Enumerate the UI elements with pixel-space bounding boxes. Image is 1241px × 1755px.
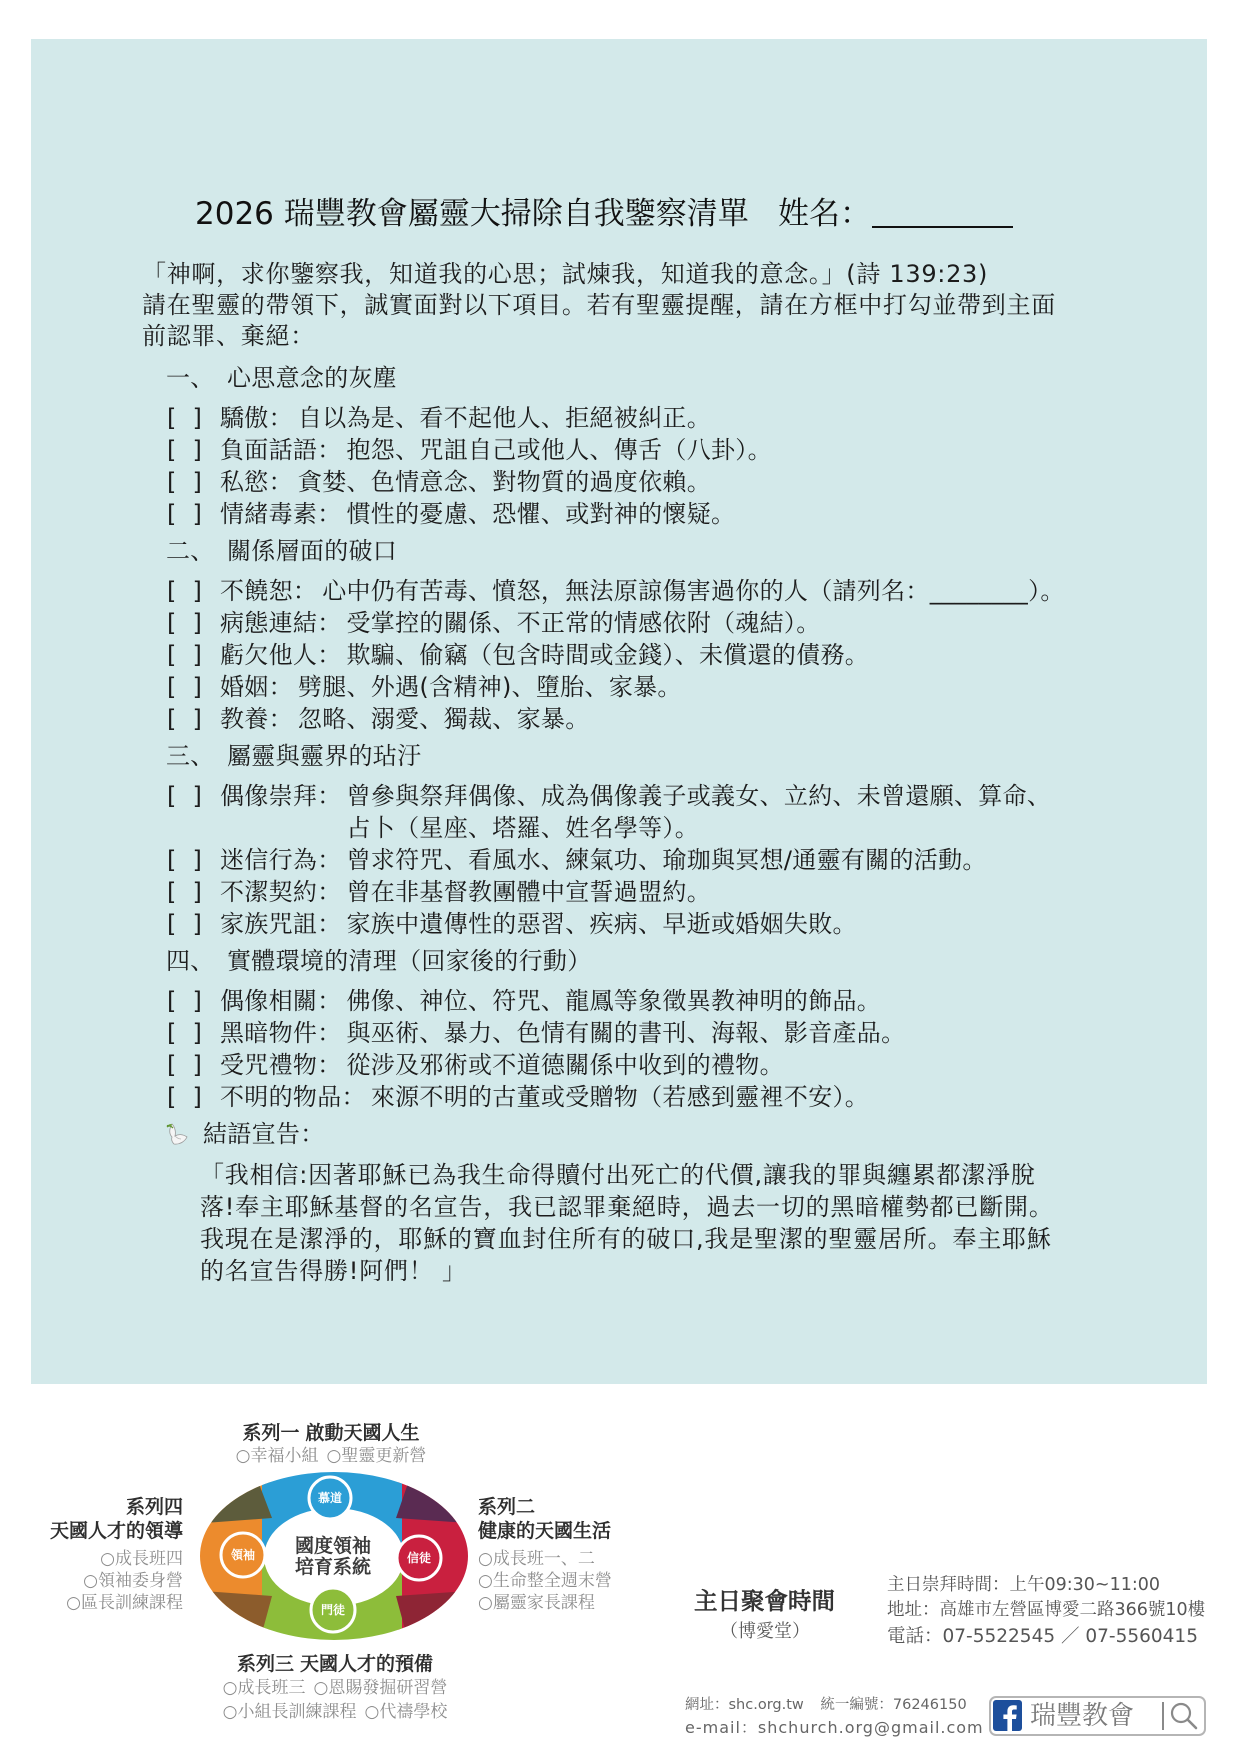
checklist-item: [ ] 婚姻： 劈腿、外遇(含精神)、墮胎、家暴。 xyxy=(166,671,1065,703)
search-icon xyxy=(1169,1701,1199,1731)
instruction-line: 前認罪、棄絕： xyxy=(142,321,1056,352)
item-label: 受咒禮物： xyxy=(220,1049,342,1081)
item-label: 私慾： xyxy=(220,466,293,498)
series-item: ○恩賜發掘研習營 xyxy=(314,1678,448,1698)
dove-icon xyxy=(166,1118,203,1150)
website: 網址：shc.org.tw xyxy=(685,1697,804,1713)
item-label: 婚姻： xyxy=(220,671,293,703)
section-number: 四、 xyxy=(166,945,227,977)
description-line: 曾求符咒、看風水、練氣功、瑜珈與冥想/通靈有關的活動。 xyxy=(347,844,987,876)
checklist-item: [ ] 私慾： 貪婪、色情意念、對物質的過度依賴。 xyxy=(166,466,1065,498)
series-item: ○成長班三 xyxy=(223,1678,306,1698)
item-description: 慣性的憂慮、恐懼、或對神的懷疑。 xyxy=(347,498,736,530)
checkbox[interactable]: [ ] xyxy=(166,780,220,844)
item-description: 受掌控的關係、不正常的情感依附（魂結）。 xyxy=(347,607,821,639)
declaration-line: 的名宣告得勝!阿們！ 」 xyxy=(200,1255,1065,1287)
section-heading: 四、 實體環境的清理（回家後的行動） xyxy=(166,945,1065,977)
item-description: 來源不明的古董或受贈物（若感到靈裡不安）。 xyxy=(371,1081,869,1113)
closing-heading: 結語宣告： xyxy=(203,1118,325,1150)
checklist-item: [ ] 虧欠他人： 欺騙、偷竊（包含時間或金錢）、未償還的債務。 xyxy=(166,639,1065,671)
checklist-item: [ ] 不潔契約： 曾在非基督教團體中宣誓過盟約。 xyxy=(166,876,1065,908)
checkbox[interactable]: [ ] xyxy=(166,607,220,639)
address: 地址：高雄市左營區博愛二路366號10樓 xyxy=(887,1597,1205,1623)
series-title: 系列一啟動天國人生 xyxy=(191,1421,471,1445)
item-label: 偶像崇拜： xyxy=(220,780,342,844)
series-items: ○成長班三○恩賜發掘研習營 xyxy=(195,1676,475,1700)
stage-disciple: 門徒 xyxy=(311,1588,355,1632)
description-line: 來源不明的古董或受贈物（若感到靈裡不安）。 xyxy=(371,1081,869,1113)
item-label: 教養： xyxy=(220,703,293,735)
item-description: 從涉及邪術或不道德關係中收到的禮物。 xyxy=(347,1049,784,1081)
checkbox[interactable]: [ ] xyxy=(166,1017,220,1049)
description-line: 自以為是、看不起他人、拒絕被糾正。 xyxy=(298,402,711,434)
description-line: 佛像、神位、符咒、龍鳳等象徵異教神明的飾品。 xyxy=(347,985,882,1017)
description-line: 占卜（星座、塔羅、姓名學等）。 xyxy=(347,812,1052,844)
checkbox[interactable]: [ ] xyxy=(166,703,220,735)
checkbox[interactable]: [ ] xyxy=(166,575,220,607)
checklist-item: [ ] 病態連結： 受掌控的關係、不正常的情感依附（魂結）。 xyxy=(166,607,1065,639)
series-subtitle: 健康的天國生活 xyxy=(478,1519,612,1543)
series-item: ○區長訓練課程 xyxy=(23,1592,183,1614)
description-line: 曾參與祭拜偶像、成為偶像義子或義女、立約、未曾還願、算命、 xyxy=(347,780,1052,812)
worship-time: 主日崇拜時間：上午09:30~11:00 xyxy=(887,1572,1160,1598)
checklist-item: [ ] 偶像崇拜： 曾參與祭拜偶像、成為偶像義子或義女、立約、未曾還願、算命、 … xyxy=(166,780,1065,844)
item-description: 劈腿、外遇(含精神)、墮胎、家暴。 xyxy=(298,671,682,703)
tax-id: 統一編號：76246150 xyxy=(820,1697,966,1713)
item-label: 病態連結： xyxy=(220,607,342,639)
phone: 電話：07-5522545 ／ 07-5560415 xyxy=(887,1624,1198,1650)
series-item: ○幸福小組 xyxy=(236,1446,319,1466)
checkbox[interactable]: [ ] xyxy=(166,639,220,671)
section-heading: 三、 屬靈與靈界的玷汙 xyxy=(166,740,1065,772)
stage-label: 領袖 xyxy=(231,1547,255,1562)
series-three: 系列三天國人才的預備 ○成長班三○恩賜發掘研習營 ○小組長訓練課程○代禱學校 xyxy=(195,1652,475,1724)
service-venue: （博愛堂） xyxy=(695,1619,835,1645)
closing-heading-row: 結語宣告： xyxy=(166,1118,1065,1150)
series-number: 系列二 xyxy=(478,1495,612,1519)
page-title: 2026 瑞豐教會屬靈大掃除自我鑒察清單 xyxy=(195,194,749,234)
series-item: ○成長班四 xyxy=(23,1548,183,1570)
item-label: 不潔契約： xyxy=(220,876,342,908)
closing-declaration: 結語宣告： 「我相信:因著耶穌已為我生命得贖付出死亡的代價,讓我的罪與纏累都潔淨… xyxy=(166,1118,1065,1287)
section-heading: 一、 心思意念的灰塵 xyxy=(166,362,1065,394)
stage-label: 信徒 xyxy=(407,1550,431,1565)
checkbox[interactable]: [ ] xyxy=(166,498,220,530)
description-line: 與巫術、暴力、色情有關的書刊、海報、影音產品。 xyxy=(347,1017,906,1049)
section-number: 二、 xyxy=(166,535,227,567)
item-description: 曾參與祭拜偶像、成為偶像義子或義女、立約、未曾還願、算命、 占卜（星座、塔羅、姓… xyxy=(347,780,1052,844)
item-label: 迷信行為： xyxy=(220,844,342,876)
section-relationships: 二、 關係層面的破口 [ ] 不饒恕： 心中仍有苦毒、憤怒，無法原諒傷害過你的人… xyxy=(166,535,1065,735)
name-label: 姓名： xyxy=(778,194,871,234)
intro: 「神啊，求你鑒察我，知道我的心思；試煉我，知道我的意念。」(詩 139:23) … xyxy=(142,259,1056,352)
section-spiritual: 三、 屬靈與靈界的玷汙 [ ] 偶像崇拜： 曾參與祭拜偶像、成為偶像義子或義女、… xyxy=(166,740,1065,940)
stage-label: 慕道 xyxy=(318,1490,342,1505)
item-description: 欺騙、偷竊（包含時間或金錢）、未償還的債務。 xyxy=(347,639,870,671)
scripture-verse: 「神啊，求你鑒察我，知道我的心思；試煉我，知道我的意念。」(詩 139:23) xyxy=(142,259,1056,290)
stage-believer: 信徒 xyxy=(397,1536,441,1580)
checklist-item: [ ] 教養： 忽略、溺愛、獨裁、家暴。 xyxy=(166,703,1065,735)
series-two: 系列二 健康的天國生活 ○成長班一、二 ○生命整全週末營 ○屬靈家長課程 xyxy=(478,1495,612,1614)
section-thoughts: 一、 心思意念的灰塵 [ ] 驕傲： 自以為是、看不起他人、拒絕被糾正。 [ ]… xyxy=(166,362,1065,530)
stage-label: 門徒 xyxy=(321,1602,345,1617)
description-line: 心中仍有苦毒、憤怒，無法原諒傷害過你的人（請列名：________）。 xyxy=(322,575,1065,607)
series-subtitle: 啟動天國人生 xyxy=(306,1422,420,1444)
description-line: 曾在非基督教團體中宣誓過盟約。 xyxy=(347,876,712,908)
series-item: ○屬靈家長課程 xyxy=(478,1592,612,1614)
item-description: 心中仍有苦毒、憤怒，無法原諒傷害過你的人（請列名：________）。 xyxy=(322,575,1065,607)
item-label: 偶像相關： xyxy=(220,985,342,1017)
checkbox[interactable]: [ ] xyxy=(166,844,220,876)
item-label: 家族咒詛： xyxy=(220,908,342,940)
series-number: 系列四 xyxy=(23,1495,183,1519)
section-title: 心思意念的灰塵 xyxy=(227,362,397,394)
description-line: 欺騙、偷竊（包含時間或金錢）、未償還的債務。 xyxy=(347,639,870,671)
description-line: 忽略、溺愛、獨裁、家暴。 xyxy=(298,703,590,735)
facebook-page-name: 瑞豐教會 xyxy=(1030,1698,1134,1734)
facebook-icon xyxy=(993,1700,1022,1731)
series-item: ○聖靈更新營 xyxy=(327,1446,427,1466)
item-description: 貪婪、色情意念、對物質的過度依賴。 xyxy=(298,466,711,498)
description-line: 抱怨、咒詛自己或他人、傳舌（八卦）。 xyxy=(347,434,772,466)
description-line: 受掌控的關係、不正常的情感依附（魂結）。 xyxy=(347,607,821,639)
declaration-line: 我現在是潔淨的，耶穌的寶血封住所有的破口,我是聖潔的聖靈居所。奉主耶穌 xyxy=(200,1223,1065,1255)
description-line: 劈腿、外遇(含精神)、墮胎、家暴。 xyxy=(298,671,682,703)
checkbox[interactable]: [ ] xyxy=(166,434,220,466)
item-label: 黑暗物件： xyxy=(220,1017,342,1049)
series-four: 系列四 天國人才的領導 ○成長班四 ○領袖委身營 ○區長訓練課程 xyxy=(23,1495,183,1614)
diagram-center-label: 國度領袖 xyxy=(295,1534,371,1557)
item-label: 情緒毒素： xyxy=(220,498,342,530)
series-item: ○小組長訓練課程 xyxy=(223,1702,357,1722)
description-line: 從涉及邪術或不道德關係中收到的禮物。 xyxy=(347,1049,784,1081)
website-and-tax-id: 網址：shc.org.tw 統一編號：76246150 xyxy=(685,1694,967,1716)
instruction-line: 請在聖靈的帶領下，誠實面對以下項目。若有聖靈提醒，請在方框中打勾並帶到主面 xyxy=(142,290,1056,321)
section-title: 關係層面的破口 xyxy=(227,535,397,567)
declaration-text: 「我相信:因著耶穌已為我生命得贖付出死亡的代價,讓我的罪與纏累都潔淨脫 落!奉主… xyxy=(200,1159,1065,1287)
checklist-item: [ ] 驕傲： 自以為是、看不起他人、拒絕被糾正。 xyxy=(166,402,1065,434)
series-title: 系列三天國人才的預備 xyxy=(195,1652,475,1676)
item-description: 佛像、神位、符咒、龍鳳等象徵異教神明的飾品。 xyxy=(347,985,882,1017)
description-line: 慣性的憂慮、恐懼、或對神的懷疑。 xyxy=(347,498,736,530)
series-items: ○幸福小組○聖靈更新營 xyxy=(191,1445,471,1467)
series-subtitle: 天國人才的領導 xyxy=(23,1519,183,1543)
checkbox[interactable]: [ ] xyxy=(166,466,220,498)
checkbox[interactable]: [ ] xyxy=(166,671,220,703)
checklist-item: [ ] 不明的物品： 來源不明的古董或受贈物（若感到靈裡不安）。 xyxy=(166,1081,1065,1113)
series-subtitle: 天國人才的預備 xyxy=(300,1653,433,1675)
checklist-item: [ ] 迷信行為： 曾求符咒、看風水、練氣功、瑜珈與冥想/通靈有關的活動。 xyxy=(166,844,1065,876)
section-number: 一、 xyxy=(166,362,227,394)
description-line: 貪婪、色情意念、對物質的過度依賴。 xyxy=(298,466,711,498)
stage-leader: 領袖 xyxy=(221,1533,265,1577)
checkbox[interactable]: [ ] xyxy=(166,1081,220,1113)
series-number: 系列一 xyxy=(242,1422,299,1444)
declaration-line: 落!奉主耶穌基督的名宣告，我已認罪棄絕時，過去一切的黑暗權勢都已斷開。 xyxy=(200,1191,1065,1223)
item-description: 自以為是、看不起他人、拒絕被糾正。 xyxy=(298,402,711,434)
declaration-line: 「我相信:因著耶穌已為我生命得贖付出死亡的代價,讓我的罪與纏累都潔淨脫 xyxy=(200,1159,1065,1191)
checklist-item: [ ] 不饒恕： 心中仍有苦毒、憤怒，無法原諒傷害過你的人（請列名：______… xyxy=(166,575,1065,607)
description-line: 家族中遺傳性的惡習、疾病、早逝或婚姻失敗。 xyxy=(347,908,857,940)
checkbox[interactable]: [ ] xyxy=(166,402,220,434)
series-item: ○領袖委身營 xyxy=(23,1570,183,1592)
section-environment: 四、 實體環境的清理（回家後的行動） [ ] 偶像相關： 佛像、神位、符咒、龍鳳… xyxy=(166,945,1065,1113)
checklist-item: [ ] 偶像相關： 佛像、神位、符咒、龍鳳等象徵異教神明的飾品。 xyxy=(166,985,1065,1017)
section-title: 屬靈與靈界的玷汙 xyxy=(227,740,421,772)
item-description: 與巫術、暴力、色情有關的書刊、海報、影音產品。 xyxy=(347,1017,906,1049)
item-label: 不明的物品： xyxy=(220,1081,366,1113)
checklist-item: [ ] 受咒禮物： 從涉及邪術或不道德關係中收到的禮物。 xyxy=(166,1049,1065,1081)
series-number: 系列三 xyxy=(237,1653,294,1675)
section-heading: 二、 關係層面的破口 xyxy=(166,535,1065,567)
item-label: 驕傲： xyxy=(220,402,293,434)
item-description: 抱怨、咒詛自己或他人、傳舌（八卦）。 xyxy=(347,434,772,466)
section-number: 三、 xyxy=(166,740,227,772)
item-description: 曾在非基督教團體中宣誓過盟約。 xyxy=(347,876,712,908)
stage-seeker: 慕道 xyxy=(309,1477,351,1519)
series-one: 系列一啟動天國人生 ○幸福小組○聖靈更新營 xyxy=(191,1421,471,1467)
checkbox[interactable]: [ ] xyxy=(166,908,220,940)
checklist: 一、 心思意念的灰塵 [ ] 驕傲： 自以為是、看不起他人、拒絕被糾正。 [ ]… xyxy=(166,362,1065,1287)
series-items: ○小組長訓練課程○代禱學校 xyxy=(195,1700,475,1724)
item-label: 虧欠他人： xyxy=(220,639,342,671)
checklist-item: [ ] 家族咒詛： 家族中遺傳性的惡習、疾病、早逝或婚姻失敗。 xyxy=(166,908,1065,940)
item-description: 家族中遺傳性的惡習、疾病、早逝或婚姻失敗。 xyxy=(347,908,857,940)
item-description: 曾求符咒、看風水、練氣功、瑜珈與冥想/通靈有關的活動。 xyxy=(347,844,987,876)
section-title: 實體環境的清理（回家後的行動） xyxy=(227,945,592,977)
facebook-search-badge: 瑞豐教會 xyxy=(989,1696,1206,1736)
divider xyxy=(1162,1702,1164,1730)
checklist-item: [ ] 情緒毒素： 慣性的憂慮、恐懼、或對神的懷疑。 xyxy=(166,498,1065,530)
item-label: 不饒恕： xyxy=(220,575,317,607)
checkbox[interactable]: [ ] xyxy=(166,876,220,908)
checkbox[interactable]: [ ] xyxy=(166,985,220,1017)
name-field[interactable] xyxy=(872,226,1013,228)
email: e-mail：shchurch.org@gmail.com xyxy=(685,1717,984,1739)
service-heading: 主日聚會時間 xyxy=(694,1585,835,1617)
checklist-panel: 2026 瑞豐教會屬靈大掃除自我鑒察清單 姓名： 「神啊，求你鑒察我，知道我的心… xyxy=(31,39,1207,1384)
series-item: ○成長班一、二 xyxy=(478,1548,612,1570)
item-label: 負面話語： xyxy=(220,434,342,466)
checklist-item: [ ] 黑暗物件： 與巫術、暴力、色情有關的書刊、海報、影音產品。 xyxy=(166,1017,1065,1049)
checkbox[interactable]: [ ] xyxy=(166,1049,220,1081)
series-item: ○代禱學校 xyxy=(365,1702,448,1722)
checklist-item: [ ] 負面話語： 抱怨、咒詛自己或他人、傳舌（八卦）。 xyxy=(166,434,1065,466)
diagram-center-label: 培育系統 xyxy=(295,1555,371,1578)
item-description: 忽略、溺愛、獨裁、家暴。 xyxy=(298,703,590,735)
series-item: ○生命整全週末營 xyxy=(478,1570,612,1592)
